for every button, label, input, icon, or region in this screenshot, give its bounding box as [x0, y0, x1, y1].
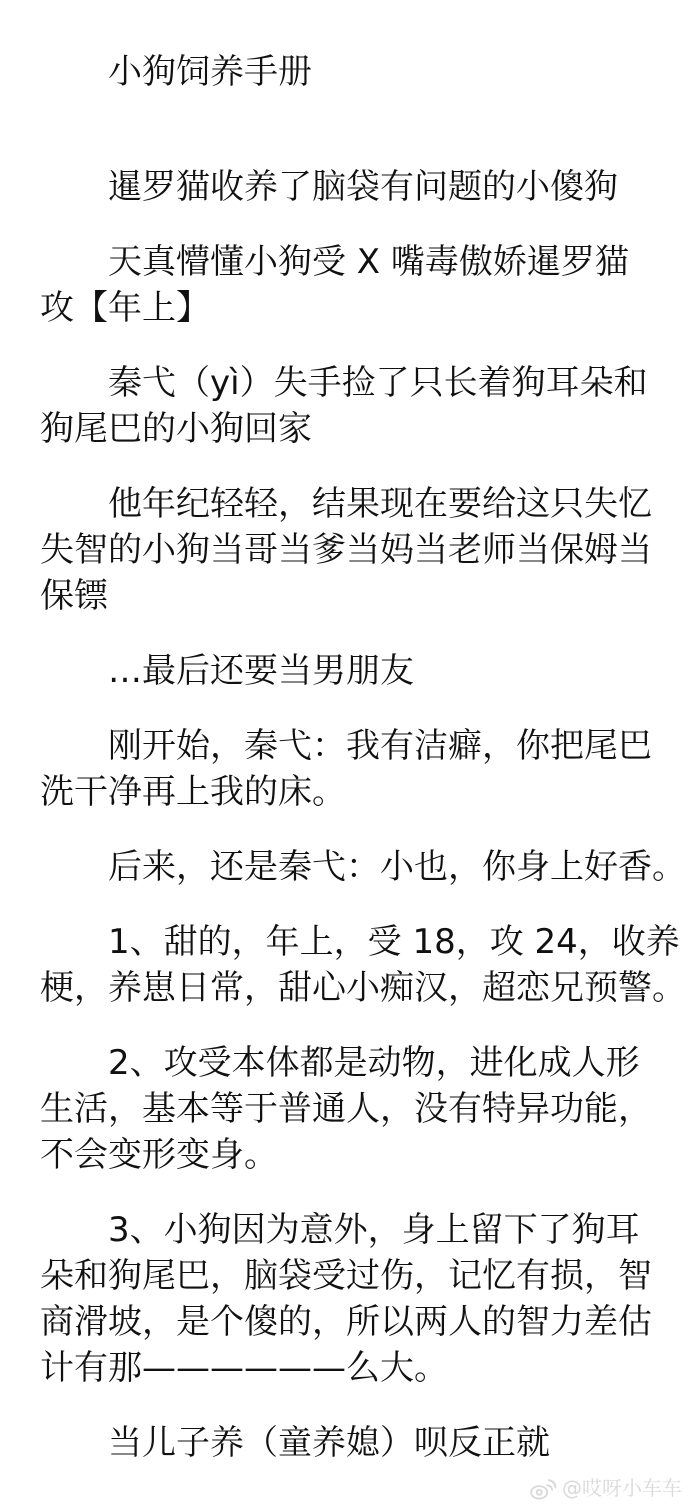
page-title: 小狗饲养手册 — [40, 49, 652, 95]
paragraph-list: 暹罗猫收养了脑袋有问题的小傻狗天真懵懂小狗受 X 嘴毒傲娇暹罗猫攻【年上】秦弋（… — [40, 164, 652, 1466]
paragraph: …最后还要当男朋友 — [40, 648, 652, 694]
text-line: 刚开始，秦弋：我有洁癖，你把尾巴 — [40, 723, 652, 769]
title-paragraph: 小狗饲养手册 — [40, 49, 652, 95]
text-line: 秦弋（yì）失手捡了只长着狗耳朵和 — [40, 360, 652, 406]
weibo-logo-icon — [529, 1476, 557, 1501]
text-line: 他年纪轻轻，结果现在要给这只失忆 — [40, 481, 652, 527]
text-line: 保镖 — [40, 573, 652, 619]
paragraph: 当儿子养（童养媳）呗反正就 — [40, 1420, 652, 1466]
paragraph: 刚开始，秦弋：我有洁癖，你把尾巴洗干净再上我的床。 — [40, 723, 652, 815]
text-line: 狗尾巴的小狗回家 — [40, 406, 652, 452]
paragraph: 他年纪轻轻，结果现在要给这只失忆失智的小狗当哥当爹当妈当老师当保姆当保镖 — [40, 481, 652, 619]
paragraph: 暹罗猫收养了脑袋有问题的小傻狗 — [40, 164, 652, 210]
text-line: 失智的小狗当哥当爹当妈当老师当保姆当 — [40, 527, 652, 573]
text-line: 攻【年上】 — [40, 285, 652, 331]
article: 小狗饲养手册 暹罗猫收养了脑袋有问题的小傻狗天真懵懂小狗受 X 嘴毒傲娇暹罗猫攻… — [0, 0, 690, 1466]
text-line: 商滑坡，是个傻的，所以两人的智力差估 — [40, 1299, 652, 1345]
watermark: @哎呀小车车 — [529, 1474, 682, 1502]
paragraph: 1、甜的，年上，受 18，攻 24，收养梗，养崽日常，甜心小痴汉，超恋兄预警。 — [40, 919, 652, 1011]
text-line: …最后还要当男朋友 — [40, 648, 652, 694]
text-line: 洗干净再上我的床。 — [40, 769, 652, 815]
watermark-handle: @哎呀小车车 — [562, 1474, 682, 1502]
text-line: 后来，还是秦弋：小也，你身上好香。 — [40, 844, 652, 890]
text-line: 3、小狗因为意外，身上留下了狗耳 — [40, 1207, 652, 1253]
text-line: 暹罗猫收养了脑袋有问题的小傻狗 — [40, 164, 652, 210]
paragraph: 天真懵懂小狗受 X 嘴毒傲娇暹罗猫攻【年上】 — [40, 239, 652, 331]
paragraph: 秦弋（yì）失手捡了只长着狗耳朵和狗尾巴的小狗回家 — [40, 360, 652, 452]
text-line: 计有那——————么大。 — [40, 1345, 652, 1391]
paragraph: 2、攻受本体都是动物，进化成人形生活，基本等于普通人，没有特异功能，不会变形变身… — [40, 1040, 652, 1178]
text-line: 1、甜的，年上，受 18，攻 24，收养 — [40, 919, 652, 965]
paragraph: 3、小狗因为意外，身上留下了狗耳朵和狗尾巴，脑袋受过伤，记忆有损，智商滑坡，是个… — [40, 1207, 652, 1391]
text-line: 不会变形变身。 — [40, 1132, 652, 1178]
paragraph: 后来，还是秦弋：小也，你身上好香。 — [40, 844, 652, 890]
text-line: 当儿子养（童养媳）呗反正就 — [40, 1420, 652, 1466]
text-line: 朵和狗尾巴，脑袋受过伤，记忆有损，智 — [40, 1253, 652, 1299]
text-line: 天真懵懂小狗受 X 嘴毒傲娇暹罗猫 — [40, 239, 652, 285]
text-line: 2、攻受本体都是动物，进化成人形 — [40, 1040, 652, 1086]
text-line: 生活，基本等于普通人，没有特异功能， — [40, 1086, 652, 1132]
text-line: 梗，养崽日常，甜心小痴汉，超恋兄预警。 — [40, 965, 652, 1011]
